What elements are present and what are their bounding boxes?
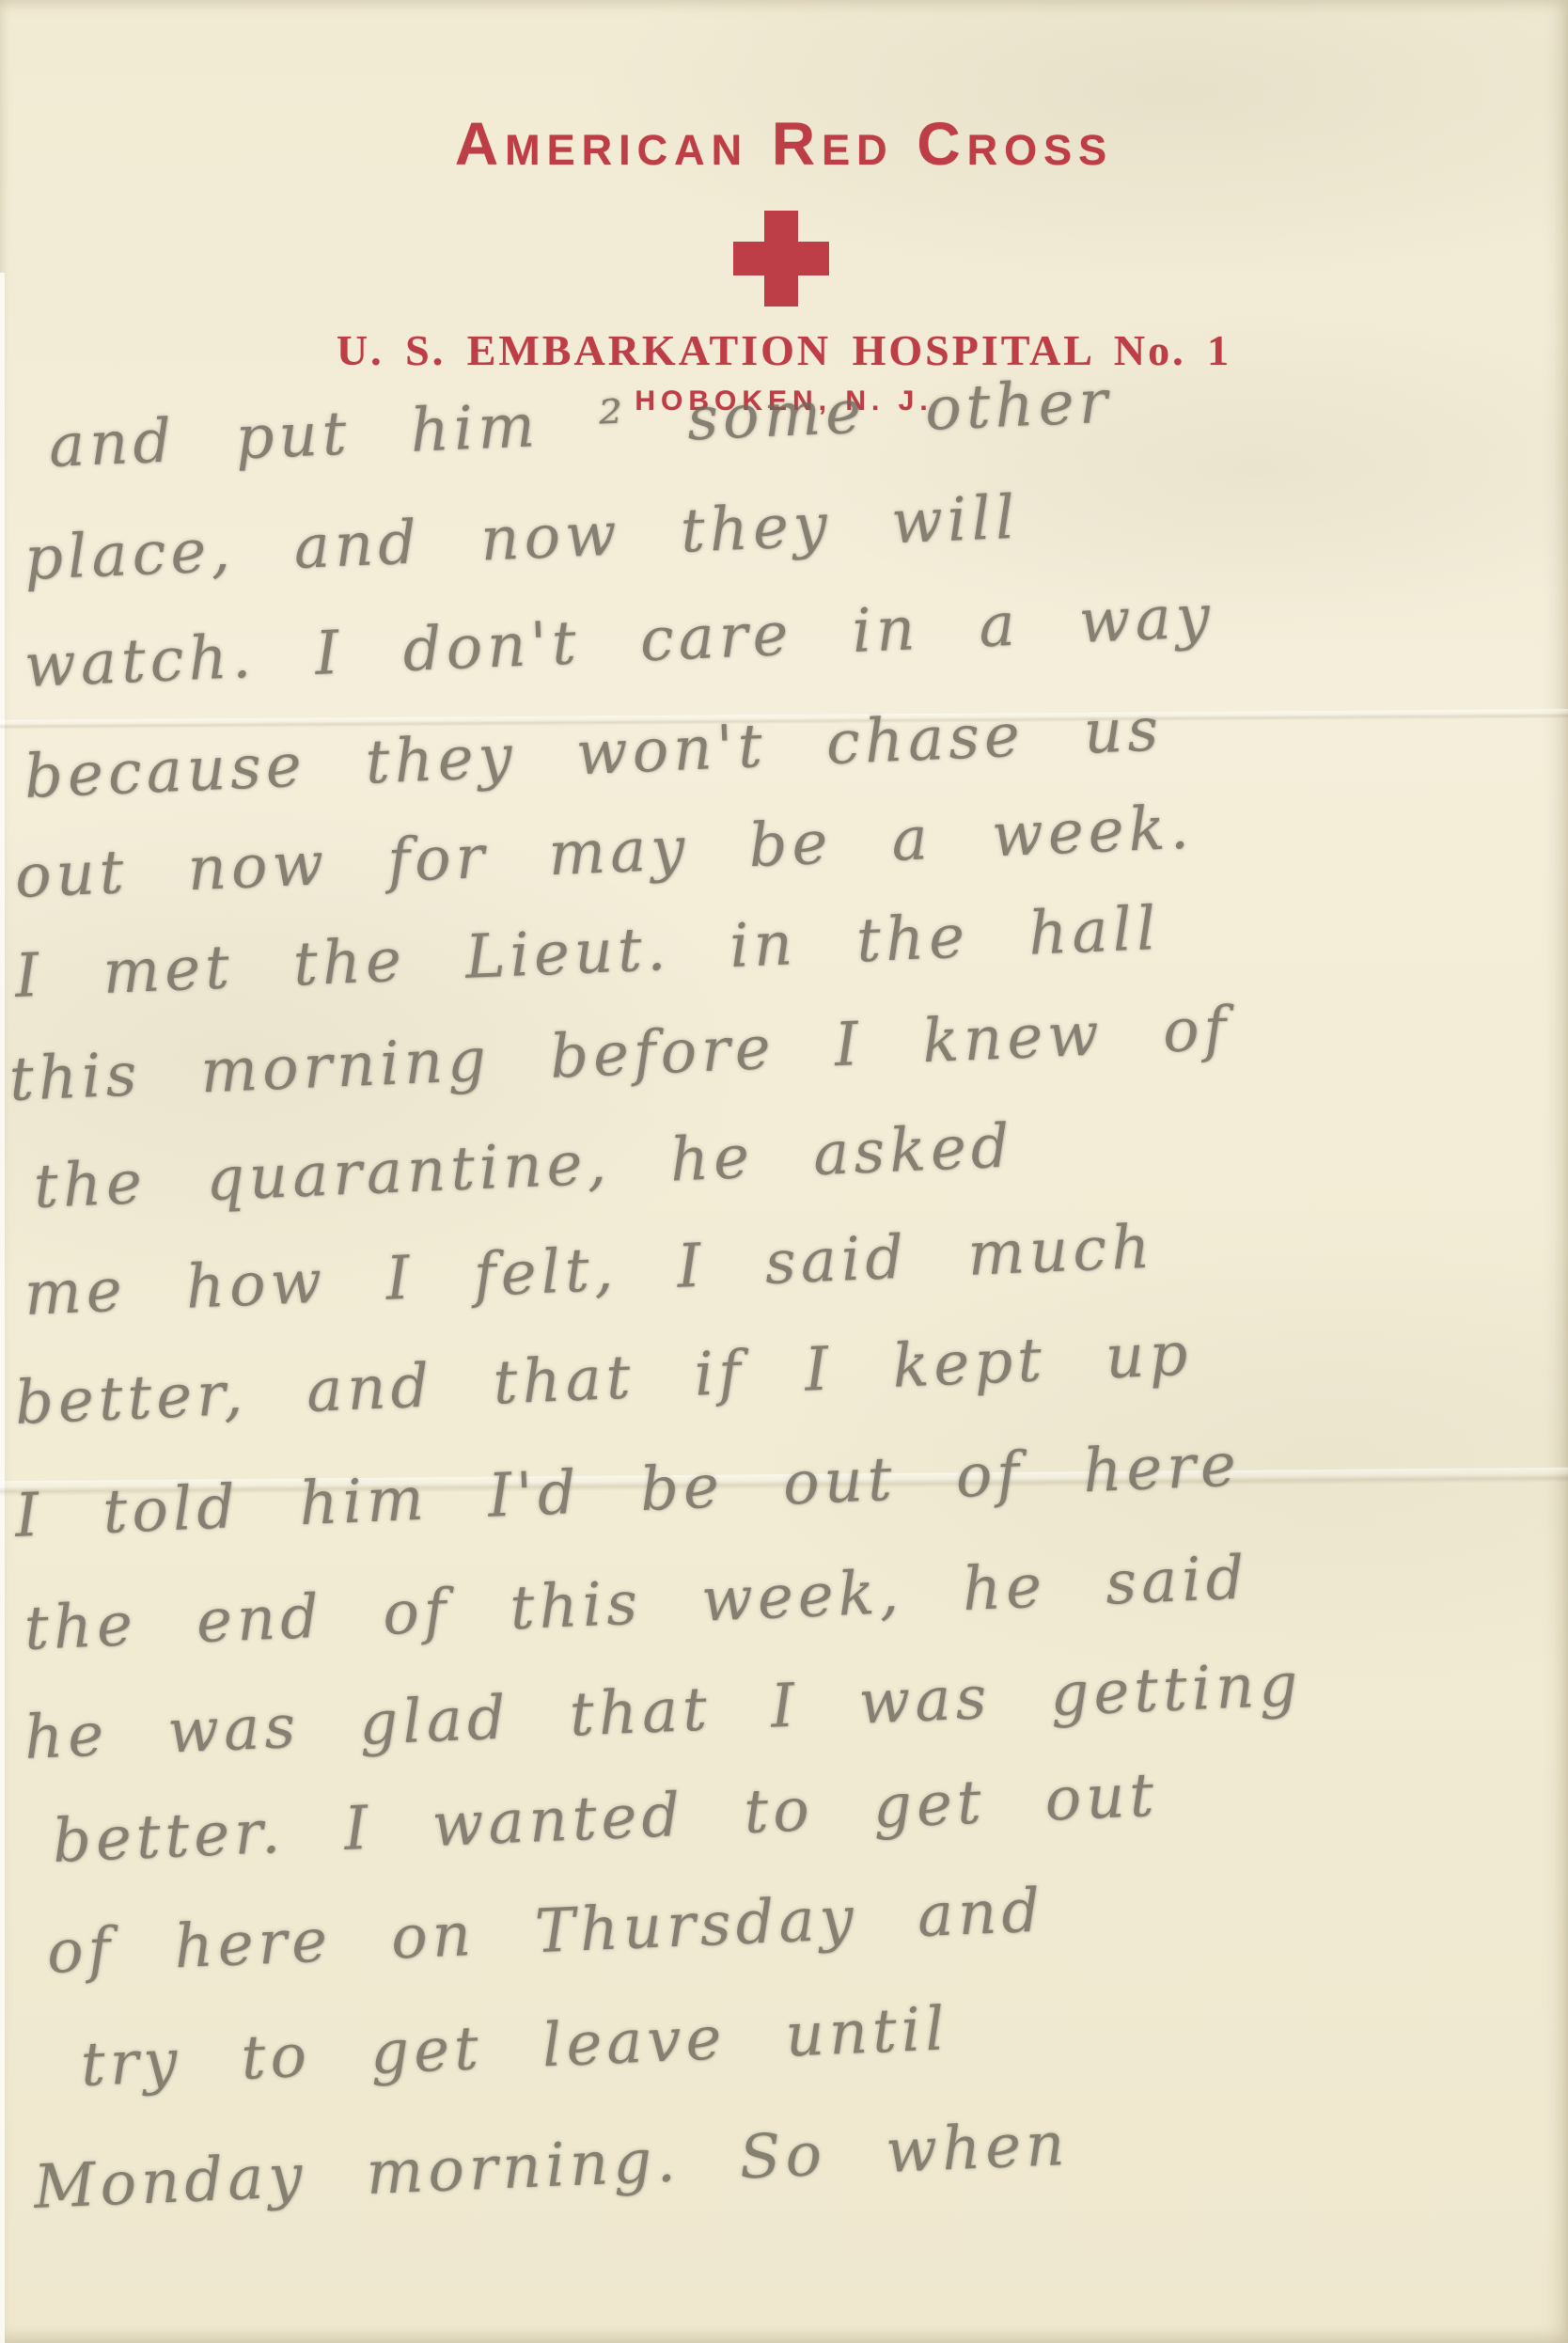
handwritten-line: because they won't chase us: [23, 695, 1164, 812]
handwritten-line: better, and that if I kept up: [13, 1320, 1193, 1439]
handwritten-line: and put him ² some other: [47, 368, 1113, 481]
handwritten-line: me how I felt, I said much: [23, 1213, 1155, 1329]
handwritten-line: I met the Lieut. in the hall: [13, 894, 1161, 1012]
handwritten-line: try to get leave until: [79, 1994, 950, 2100]
handwritten-line: watch. I don't care in a way: [23, 582, 1215, 701]
handwritten-line: better. I wanted to get out: [51, 1761, 1159, 1877]
red-cross-icon: [733, 211, 829, 307]
letterhead-hospital-line: U. S. EMBARKATION HOSPITAL No. 1: [0, 325, 1568, 375]
handwritten-line: the quarantine, he asked: [32, 1111, 1015, 1222]
handwritten-line: place, and now they will: [23, 483, 1020, 594]
letter-page: American Red Cross U. S. EMBARKATION HOS…: [0, 0, 1568, 2343]
red-cross-horizontal-bar: [733, 242, 829, 275]
handwritten-line: out now for may be a week.: [13, 793, 1195, 911]
handwritten-line: the end of this week, he said: [23, 1543, 1250, 1664]
handwritten-line: Monday morning. So when: [32, 2110, 1070, 2223]
handwritten-line: this morning before I knew of: [8, 995, 1231, 1115]
handwritten-line: I told him I'd be out of here: [13, 1430, 1242, 1551]
handwritten-line: of here on Thursday and: [45, 1877, 1045, 1988]
letterhead-organization: American Red Cross: [0, 109, 1568, 179]
handwritten-line: he was glad that I was getting: [23, 1650, 1303, 1773]
scan-edge: [0, 273, 5, 2343]
